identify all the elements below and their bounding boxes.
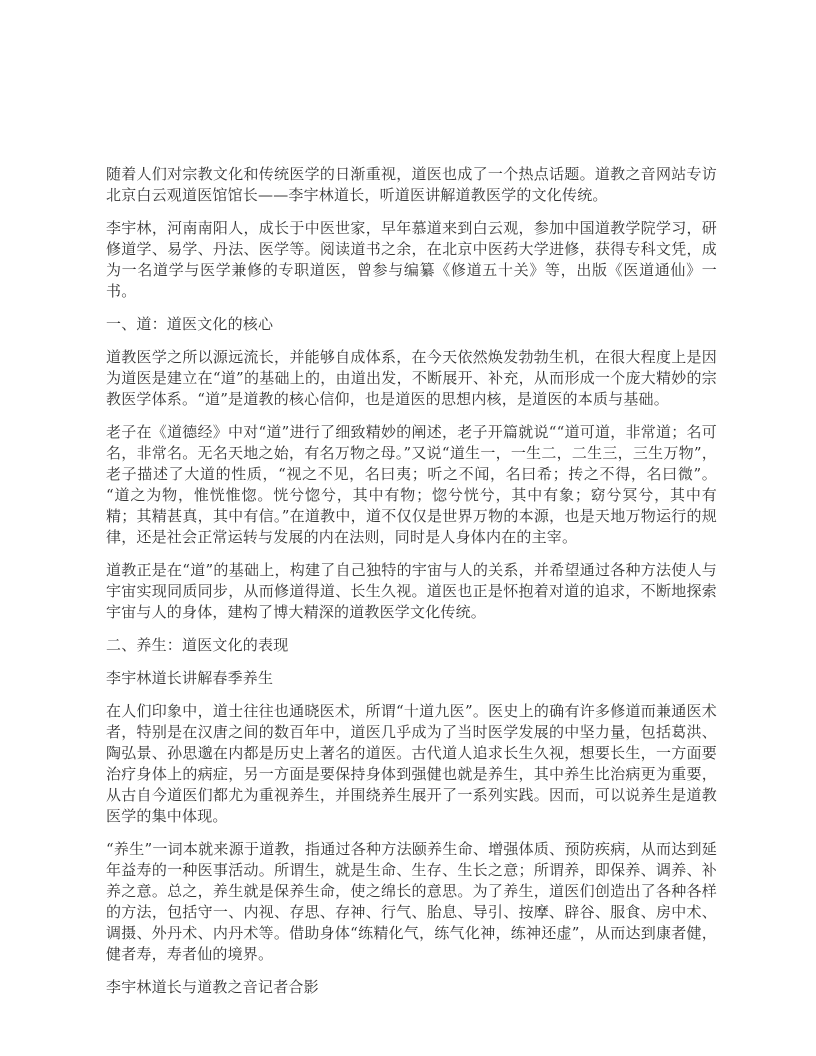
paragraph-laozi-daodejing: 老子在《道德经》中对“道”进行了细致精妙的阐述，老子开篇就说““道可道，非常道；… bbox=[106, 422, 717, 548]
section-heading-yangsheng: 二、养生：道医文化的表现 bbox=[106, 635, 717, 656]
photo-caption-spring-lecture: 李宇林道长讲解春季养生 bbox=[106, 668, 717, 689]
bio-paragraph: 李宇林，河南南阳人，成长于中医世家，早年慕道来到白云观，参加中国道教学院学习，研… bbox=[106, 218, 717, 302]
document-page: 随着人们对宗教文化和传统医学的日渐重视，道医也成了一个热点话题。道教之音网站专访… bbox=[0, 0, 816, 1056]
paragraph-dao-foundation: 道教正是在“道”的基础上，构建了自己独特的宇宙与人的关系，并希望通过各种方法使人… bbox=[106, 560, 717, 623]
paragraph-dao-origin: 道教医学之所以源远流长，并能够自成体系，在今天依然焕发勃勃生机，在很大程度上是因… bbox=[106, 347, 717, 410]
paragraph-taoist-physicians: 在人们印象中，道士往往也通晓医术，所谓“十道九医”。医史上的确有许多修道而兼通医… bbox=[106, 701, 717, 827]
paragraph-yangsheng-definition: “养生”一词本就来源于道教，指通过各种方法颐养生命、增强体质、预防疾病，从而达到… bbox=[106, 839, 717, 965]
intro-paragraph: 随着人们对宗教文化和传统医学的日渐重视，道医也成了一个热点话题。道教之音网站专访… bbox=[106, 164, 717, 206]
section-heading-dao: 一、道：道医文化的核心 bbox=[106, 314, 717, 335]
article-body: 随着人们对宗教文化和传统医学的日渐重视，道医也成了一个热点话题。道教之音网站专访… bbox=[106, 164, 717, 998]
photo-caption-group-photo: 李宇林道长与道教之音记者合影 bbox=[106, 977, 717, 998]
